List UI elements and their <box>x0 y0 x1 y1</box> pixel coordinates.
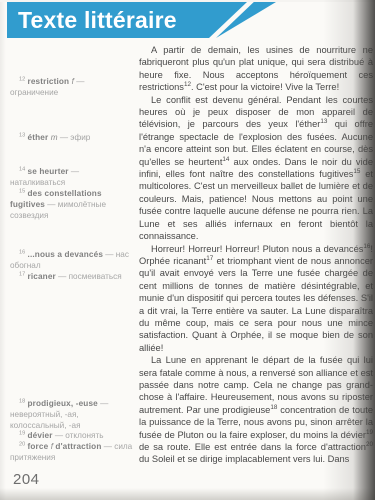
main-text: A partir de demain, les usines de nourri… <box>139 44 373 466</box>
footnote-ref: 17 <box>206 255 213 262</box>
footnote-ref: 12 <box>184 81 191 88</box>
glossary-term: restriction <box>28 77 72 86</box>
footnote-number: 20 <box>19 441 25 447</box>
paragraph: Horreur! Horreur! Horreur! Pluton nous a… <box>139 243 373 355</box>
translation-text: — посмеиваться <box>56 272 122 281</box>
glossary-term: ricaner <box>28 272 56 281</box>
glossary-term: prodigieux, -euse <box>28 399 98 408</box>
glossary-term: se heurter <box>28 167 69 176</box>
page-edge-highlight-top <box>0 0 375 2</box>
paragraph: A partir de demain, les usines de nourri… <box>139 44 373 94</box>
footnote-number: 18 <box>19 398 25 404</box>
margin-note-16: 16 ...nous a devancés — нас обогнал <box>10 250 133 272</box>
glossary-term: éther <box>28 133 51 142</box>
page-edge-shadow-left <box>0 0 6 500</box>
page-title: Texte littéraire <box>7 7 177 34</box>
margin-note-20: 20 force f d'attraction — сила притяжени… <box>10 442 133 464</box>
footnote-ref: 19 <box>366 429 373 436</box>
translation-text: — отклонять <box>53 431 104 440</box>
glossary-term: force <box>28 442 51 451</box>
footnote-number: 14 <box>19 166 25 172</box>
page-edge-shadow-bottom <box>0 488 375 500</box>
margin-note-15: 15 des constellations fugitives — мимолё… <box>10 189 133 221</box>
footnote-number: 12 <box>19 76 25 82</box>
footnote-ref: 15 <box>353 168 360 175</box>
book-page: Texte littéraire 12 restriction f — огра… <box>0 0 375 500</box>
footnote-ref: 16 <box>363 242 370 249</box>
footnote-ref: 14 <box>222 156 229 163</box>
translation-text: — эфир <box>58 133 91 142</box>
paragraph: La Lune en apprenant le départ de la fus… <box>139 354 373 466</box>
gender-marker: m <box>51 133 58 142</box>
glossary-term: dévier <box>28 431 53 440</box>
margin-note-17: 17 ricaner — посмеиваться <box>10 272 133 283</box>
footnote-ref: 20 <box>366 441 373 448</box>
glossary-term: d'attraction <box>53 442 101 451</box>
footnote-number: 19 <box>19 430 25 436</box>
footnote-number: 13 <box>19 132 25 138</box>
paragraph: Le conflit est devenu général. Pendant l… <box>139 94 373 243</box>
margin-note-14: 14 se heurter — наталкиваться <box>10 167 133 189</box>
margin-note-18: 18 prodigieux, -euse — невероятный, -ая,… <box>10 399 133 431</box>
footnote-ref: 13 <box>320 118 327 125</box>
glossary-term: ...nous a devancés <box>28 250 104 259</box>
footnote-number: 15 <box>19 188 25 194</box>
page-number: 204 <box>13 471 40 488</box>
section-banner: Texte littéraire <box>7 2 247 38</box>
footnote-number: 16 <box>19 249 25 255</box>
footnote-ref: 18 <box>270 404 277 411</box>
margin-note-13: 13 éther m — эфир <box>10 133 133 144</box>
margin-note-12: 12 restriction f — ограничение <box>10 77 133 99</box>
footnote-number: 17 <box>19 271 25 277</box>
margin-note-19: 19 dévier — отклонять <box>10 431 133 442</box>
